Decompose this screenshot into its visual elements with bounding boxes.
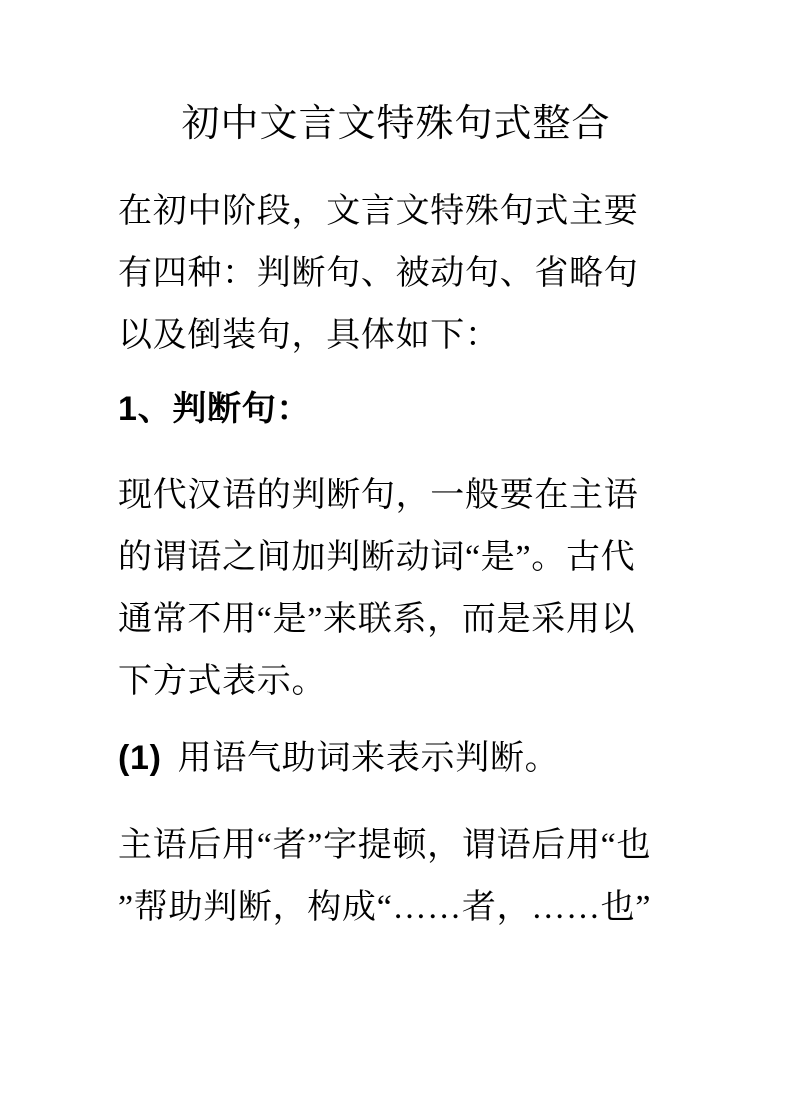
text-line: 有四种：判断句、被动句、省略句 xyxy=(118,243,674,305)
body-paragraph: 主语后用“者”字提顿，谓语后用“也 ”帮助判断，构成“……者，……也” xyxy=(118,815,674,939)
document-page: 初中文言文特殊句式整合 在初中阶段，文言文特殊句式主要 有四种：判断句、被动句、… xyxy=(0,0,792,1120)
section-number: 1、 xyxy=(118,390,172,428)
body-paragraph: 现代汉语的判断句，一般要在主语 的谓语之间加判断动词“是”。古代 通常不用“是”… xyxy=(118,465,674,713)
text-line: ”帮助判断，构成“……者，……也” xyxy=(118,877,674,939)
text-line: 通常不用“是”来联系，而是采用以 xyxy=(118,589,674,651)
section-heading: 1、判断句： xyxy=(118,378,674,441)
list-item-text: 用语气助词来表示判断。 xyxy=(178,740,560,777)
text-line: 在初中阶段，文言文特殊句式主要 xyxy=(118,181,674,243)
page-title: 初中文言文特殊句式整合 xyxy=(118,96,674,152)
text-line: 主语后用“者”字提顿，谓语后用“也 xyxy=(118,815,674,877)
text-line: 现代汉语的判断句，一般要在主语 xyxy=(118,465,674,527)
text-line: 以及倒装句，具体如下： xyxy=(118,305,674,367)
intro-paragraph: 在初中阶段，文言文特殊句式主要 有四种：判断句、被动句、省略句 以及倒装句，具体… xyxy=(118,181,674,367)
list-item: (1)用语气助词来表示判断。 xyxy=(118,727,674,790)
list-item-marker: (1) xyxy=(118,739,162,777)
section-title: 判断句： xyxy=(172,391,311,428)
document-content: 初中文言文特殊句式整合 在初中阶段，文言文特殊句式主要 有四种：判断句、被动句、… xyxy=(0,0,792,939)
text-line: 的谓语之间加判断动词“是”。古代 xyxy=(118,527,674,589)
text-line: 下方式表示。 xyxy=(118,651,674,713)
